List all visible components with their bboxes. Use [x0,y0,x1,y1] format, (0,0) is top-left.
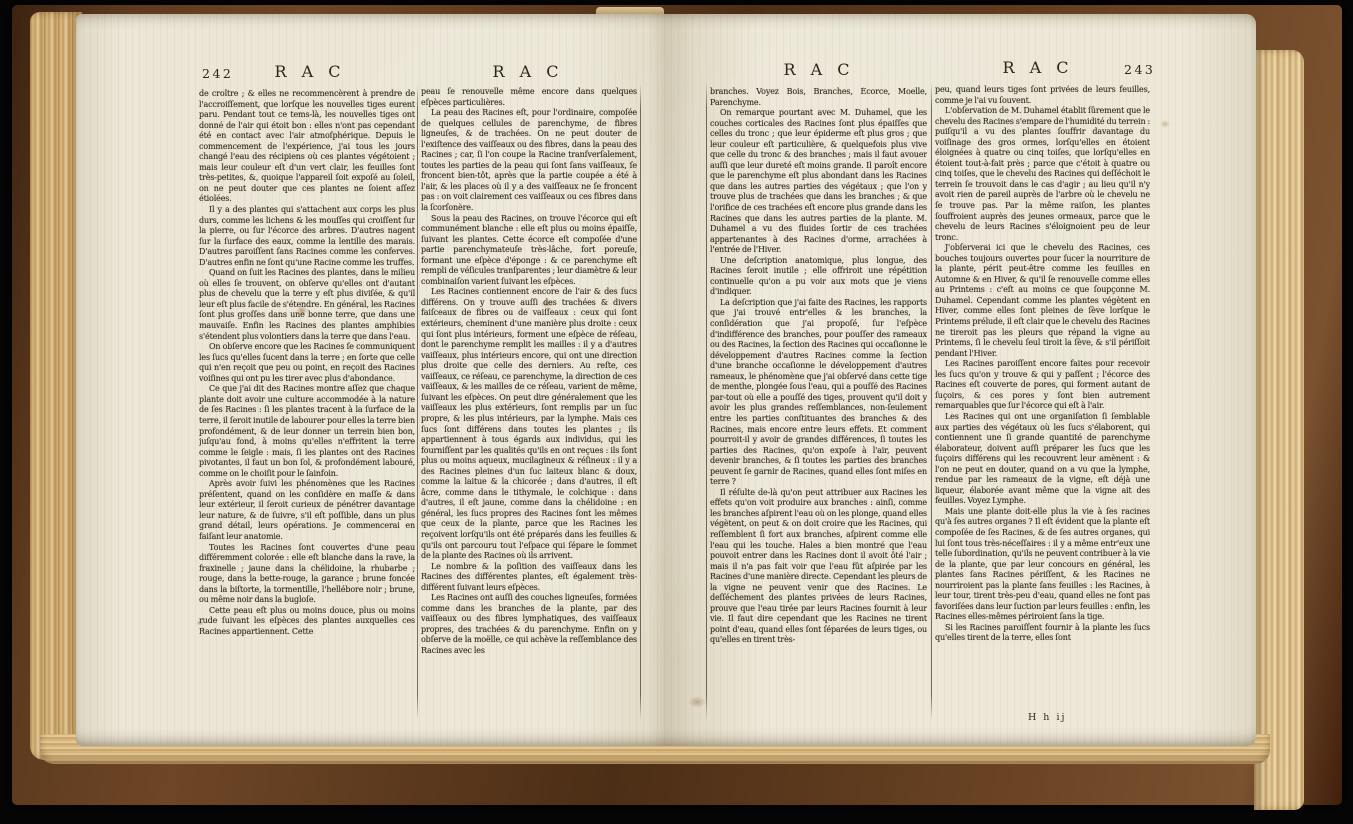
column-rule [706,82,707,720]
running-head: R A C [1002,58,1073,77]
paragraph: Les Racines paroiſſent encore faites pou… [935,359,1150,412]
paragraph: Les Racines ont auſſi des couches ligneu… [421,593,637,656]
text-column-right-2: peu, quand leurs tiges ſont privées de l… [935,85,1150,713]
running-head: R A C [492,62,563,81]
paragraph: branches. Voyez Bois, Branches, Écorce, … [710,87,927,108]
photograph-of-open-book: { "palette":{ "background":"#060606", "l… [0,0,1353,824]
running-head: R A C [274,62,345,81]
paragraph: La peau des Racines eſt, pour l'ordinair… [421,108,637,213]
paragraph: peu, quand leurs tiges ſont privées de l… [935,85,1150,106]
paragraph: Il réſulte de-là qu'on peut attribuer au… [710,488,927,646]
paragraph: Après avoir ſuivi les phénomènes que les… [199,479,415,542]
page-number-left: 242 [202,66,233,81]
paragraph: On obſerve encore que les Racines ſe com… [199,342,415,384]
paragraph: Le nombre & la poſition des vaiſſeaux da… [421,562,637,594]
paragraph: Quand on ſuit les Racines des plantes, d… [199,268,415,342]
running-head: R A C [783,60,854,79]
paragraph: On remarque pourtant avec M. Duhamel, qu… [710,108,927,256]
paragraph: La deſcription que j'ai faite des Racine… [710,298,927,488]
paragraph: peau ſe renouvelle même encore dans quel… [421,87,637,108]
paragraph: Les Racines qui ont une organiſation ſi … [935,412,1150,507]
paragraph: Sous la peau des Racines, on trouve l'éc… [421,214,637,288]
page-edge-stack-right [1254,50,1304,810]
column-rule [931,82,932,720]
text-column-left-2: peau ſe renouvelle même encore dans quel… [421,87,637,719]
paragraph: Les Racines contiennent encore de l'air … [421,287,637,561]
paragraph: Une deſcription anatomique, plus longue,… [710,256,927,298]
paragraph: Ce que j'ai dit des Racines montre aſſez… [199,384,415,479]
paragraph: Mais une plante doit-elle plus la vie à … [935,507,1150,623]
paragraph: J'obſerverai ici que le chevelu des Raci… [935,243,1150,359]
column-rule [640,84,641,720]
text-column-right-1: branches. Voyez Bois, Branches, Écorce, … [710,87,927,721]
text-column-left-1: de croître ; & elles ne recommencèrent à… [199,89,415,717]
signature-mark: H h ij [1028,712,1066,723]
paragraph: de croître ; & elles ne recommencèrent à… [199,89,415,205]
paragraph: Cette peau eſt plus ou moins douce, plus… [199,606,415,638]
paragraph: L'obſervation de M. Duhamel établit ſûre… [935,106,1150,243]
paragraph: Toutes les Racines ſont couvertes d'une … [199,543,415,606]
page-number-right: 243 [1124,62,1155,77]
column-rule [417,84,418,720]
page-edge-stack-left [30,12,82,760]
paragraph: Il y a des plantes qui s'attachent aux c… [199,205,415,268]
paragraph: Si les Racines paroiſſent fournir à la p… [935,623,1150,644]
